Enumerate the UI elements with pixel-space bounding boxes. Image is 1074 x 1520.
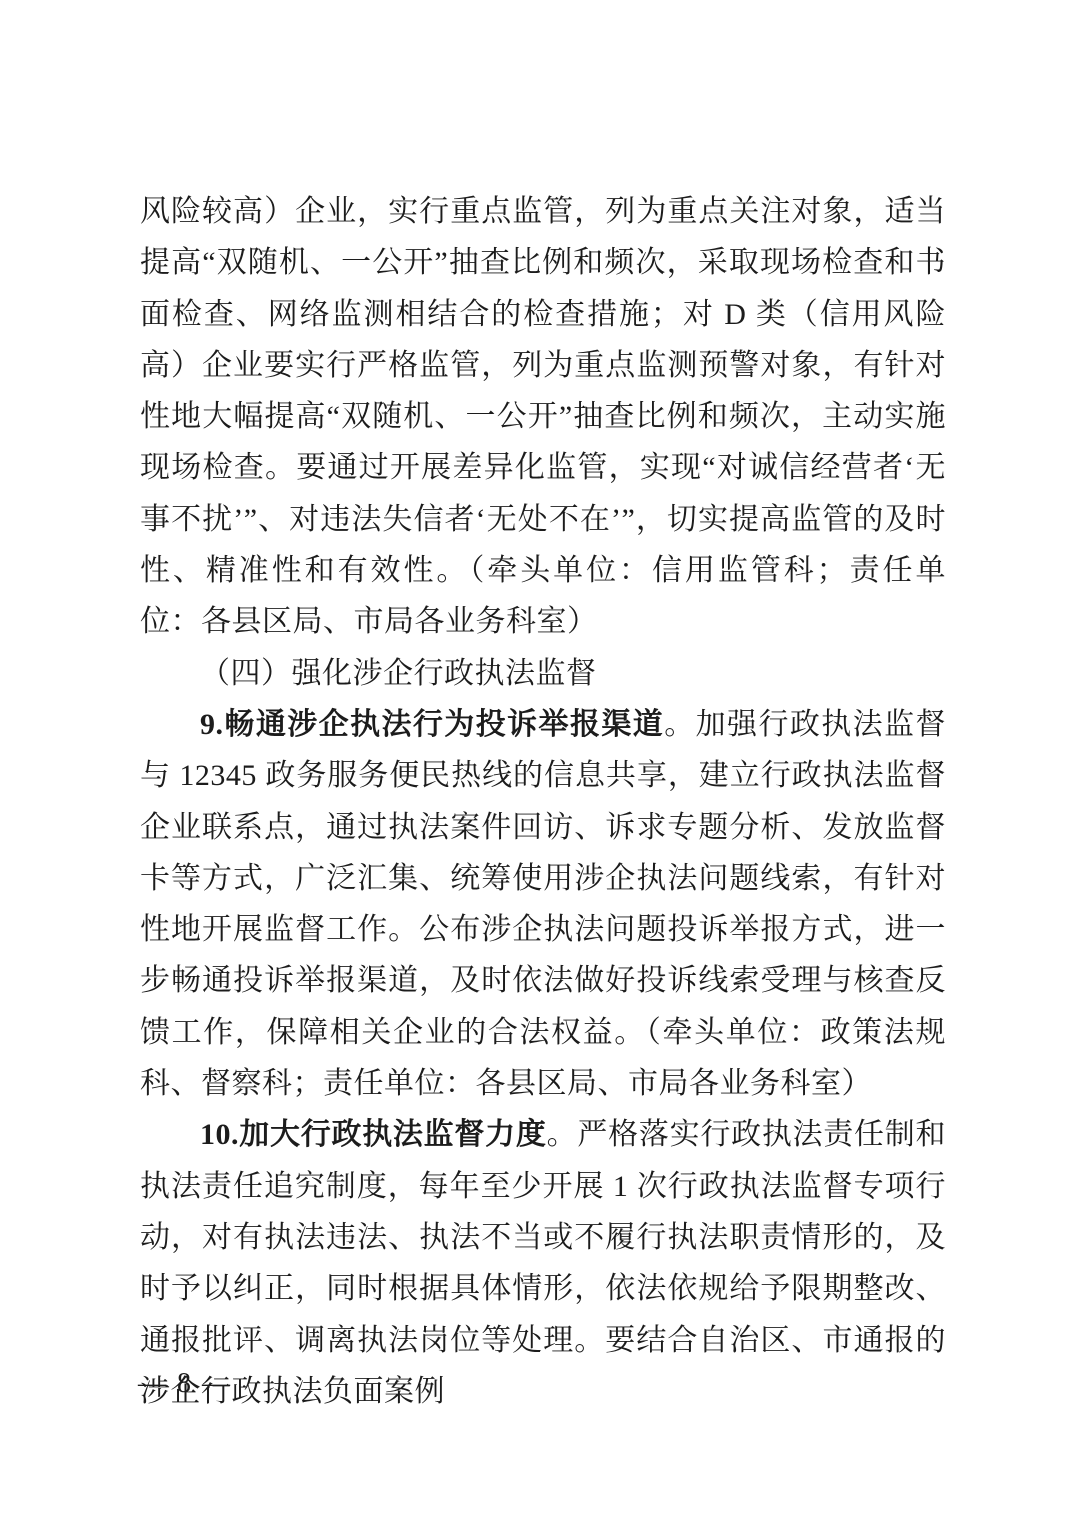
item-10-bold-lead: 10.加大行政执法监督力度 — [200, 1118, 547, 1151]
page-number: — 8 — — [138, 1368, 232, 1399]
item-9-body-text: 。加强行政执法监督与 12345 政务服务便民热线的信息共享，建立行政执法监督企… — [140, 708, 946, 1100]
item-9-bold-lead: 9.畅通涉企执法行为投诉举报渠道 — [200, 708, 664, 741]
document-page: 风险较高）企业，实行重点监管，列为重点关注对象，适当提高“双随机、一公开”抽查比… — [0, 0, 1074, 1520]
item-10-body-text: 。严格落实行政执法责任制和执法责任追究制度，每年至少开展 1 次行政执法监督专项… — [140, 1118, 946, 1407]
section-heading-4: （四）强化涉企行政执法监督 — [140, 648, 946, 699]
numbered-item-9: 9.畅通涉企执法行为投诉举报渠道。加强行政执法监督与 12345 政务服务便民热… — [140, 699, 946, 1109]
numbered-item-10: 10.加大行政执法监督力度。严格落实行政执法责任制和执法责任追究制度，每年至少开… — [140, 1109, 946, 1417]
page-footer: — 8 — — [138, 1368, 232, 1400]
document-body: 风险较高）企业，实行重点监管，列为重点关注对象，适当提高“双随机、一公开”抽查比… — [140, 186, 946, 1417]
paragraph-continuation: 风险较高）企业，实行重点监管，列为重点关注对象，适当提高“双随机、一公开”抽查比… — [140, 186, 946, 648]
